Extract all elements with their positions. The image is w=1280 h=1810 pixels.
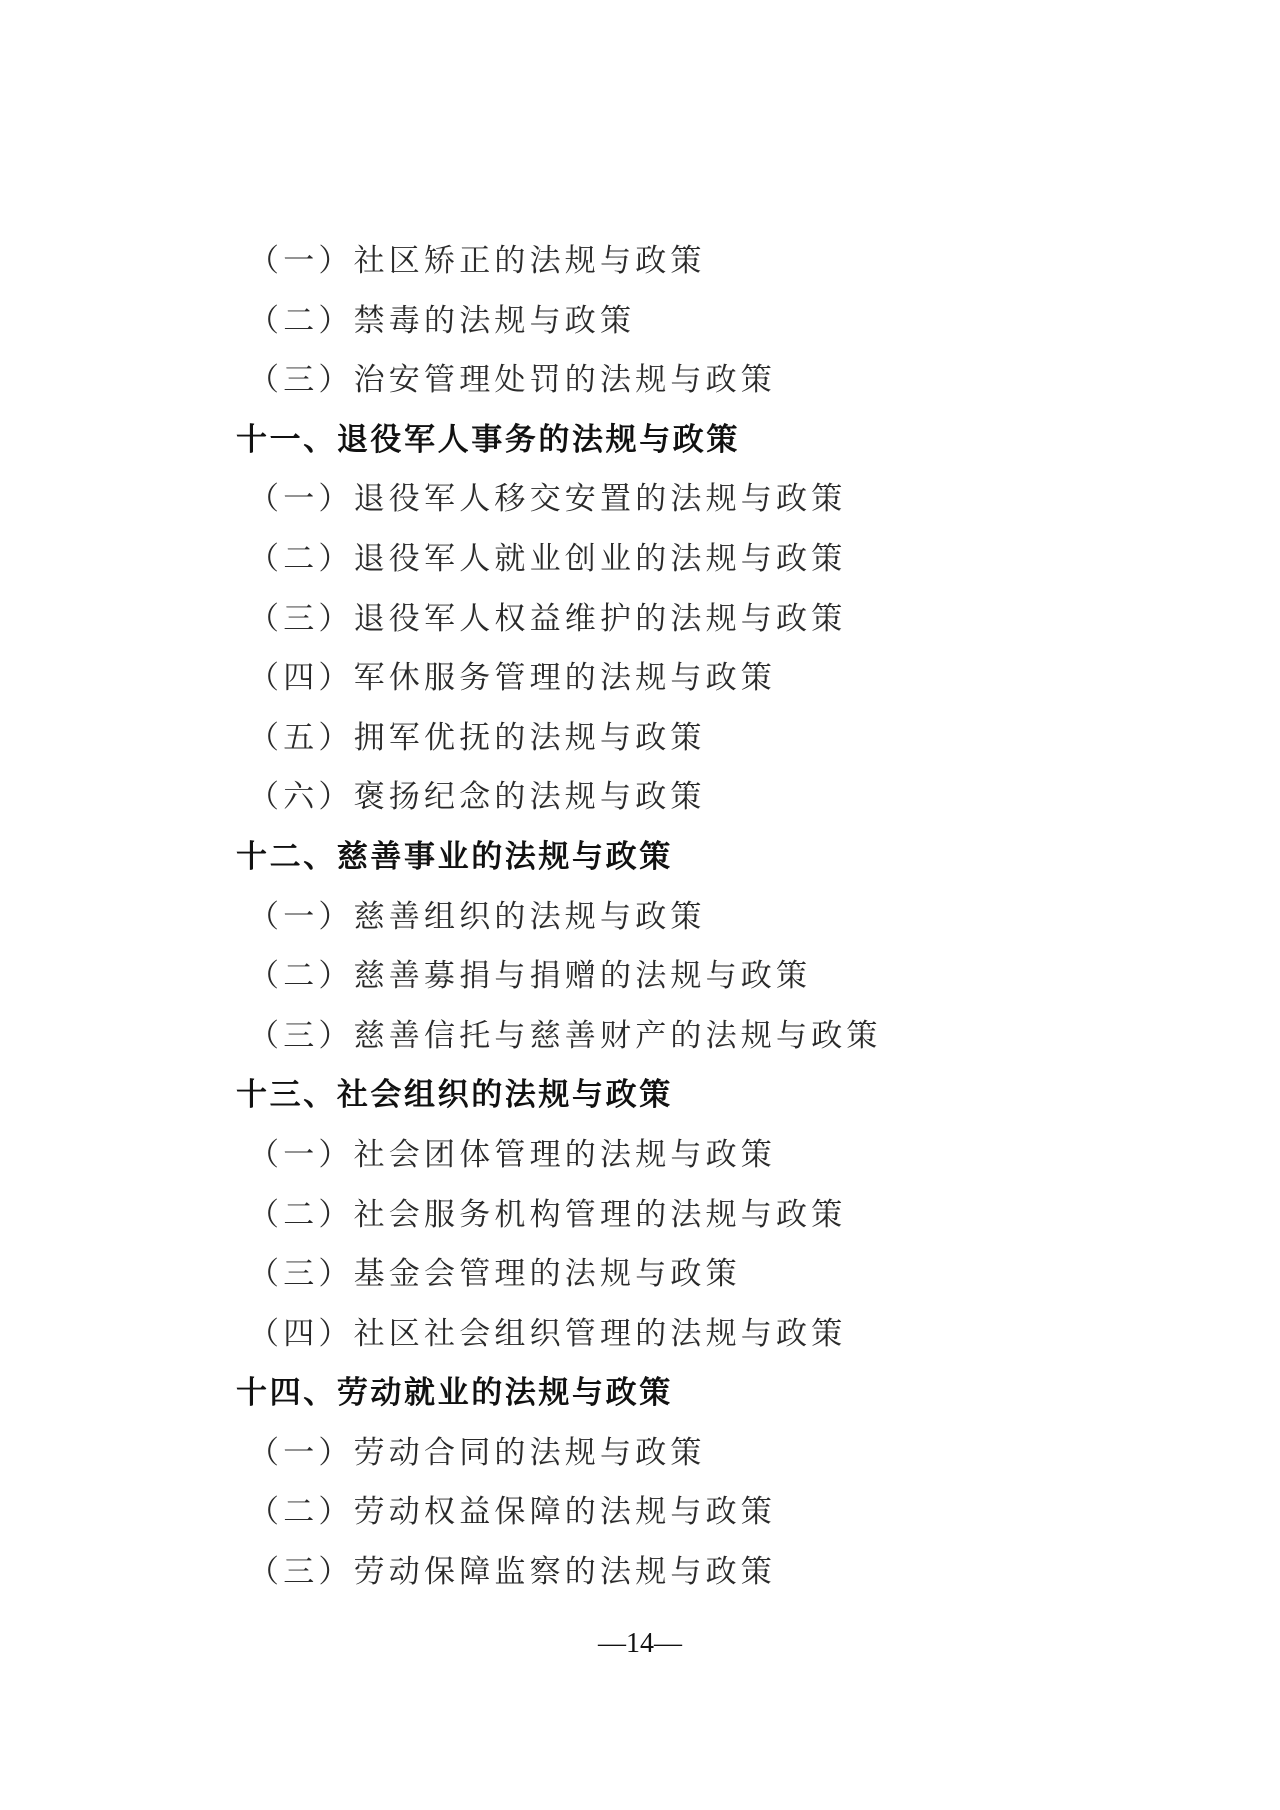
outline-item: （四）军休服务管理的法规与政策 <box>0 649 1280 709</box>
item-number: （六） <box>248 768 354 828</box>
item-text: 退役军人权益维护的法规与政策 <box>354 601 847 637</box>
item-number: （二） <box>248 1186 354 1246</box>
outline-item: （一）退役军人移交安置的法规与政策 <box>0 470 1280 530</box>
heading-number: 十三、 <box>236 1066 337 1126</box>
outline-item: （三）劳动保障监察的法规与政策 <box>0 1543 1280 1603</box>
item-number: （三） <box>248 1543 354 1603</box>
outline-item: （一）慈善组织的法规与政策 <box>0 888 1280 948</box>
outline-item: （二）劳动权益保障的法规与政策 <box>0 1483 1280 1543</box>
item-text: 军休服务管理的法规与政策 <box>354 660 776 696</box>
item-number: （四） <box>248 1305 354 1365</box>
item-text: 退役军人就业创业的法规与政策 <box>354 541 847 577</box>
section-heading-social-organizations: 十三、社会组织的法规与政策 <box>0 1066 1280 1126</box>
section-heading-labor-employment: 十四、劳动就业的法规与政策 <box>0 1364 1280 1424</box>
item-number: （二） <box>248 292 354 352</box>
item-text: 社区社会组织管理的法规与政策 <box>354 1316 847 1352</box>
item-number: （三） <box>248 590 354 650</box>
outline-item: （二）退役军人就业创业的法规与政策 <box>0 530 1280 590</box>
item-number: （三） <box>248 351 354 411</box>
outline-item-drug-control: （二）禁毒的法规与政策 <box>0 292 1280 352</box>
item-number: （一） <box>248 232 354 292</box>
item-number: （一） <box>248 1126 354 1186</box>
outline-item-community-correction: （一）社区矫正的法规与政策 <box>0 232 1280 292</box>
item-number: （五） <box>248 709 354 769</box>
item-text: 慈善组织的法规与政策 <box>354 899 706 935</box>
outline-item: （一）劳动合同的法规与政策 <box>0 1424 1280 1484</box>
outline-item: （二）慈善募捐与捐赠的法规与政策 <box>0 947 1280 1007</box>
item-text: 慈善信托与慈善财产的法规与政策 <box>354 1018 882 1054</box>
outline-item: （六）褒扬纪念的法规与政策 <box>0 768 1280 828</box>
heading-number: 十四、 <box>236 1364 337 1424</box>
heading-number: 十二、 <box>236 828 337 888</box>
item-number: （二） <box>248 1483 354 1543</box>
item-text: 社会团体管理的法规与政策 <box>354 1137 776 1173</box>
item-text: 治安管理处罚的法规与政策 <box>354 362 776 398</box>
outline-list: （一）社区矫正的法规与政策 （二）禁毒的法规与政策 （三）治安管理处罚的法规与政… <box>0 232 1280 1603</box>
item-text: 褒扬纪念的法规与政策 <box>354 779 706 815</box>
outline-item: （一）社会团体管理的法规与政策 <box>0 1126 1280 1186</box>
outline-item: （二）社会服务机构管理的法规与政策 <box>0 1186 1280 1246</box>
heading-number: 十一、 <box>236 411 337 471</box>
item-text: 拥军优抚的法规与政策 <box>354 720 706 756</box>
heading-text: 社会组织的法规与政策 <box>337 1077 673 1113</box>
item-number: （一） <box>248 470 354 530</box>
item-number: （二） <box>248 947 354 1007</box>
item-text: 劳动合同的法规与政策 <box>354 1435 706 1471</box>
item-number: （二） <box>248 530 354 590</box>
section-heading-veterans: 十一、退役军人事务的法规与政策 <box>0 411 1280 471</box>
item-text: 基金会管理的法规与政策 <box>354 1256 741 1292</box>
outline-item: （五）拥军优抚的法规与政策 <box>0 709 1280 769</box>
item-text: 退役军人移交安置的法规与政策 <box>354 481 847 517</box>
item-number: （三） <box>248 1245 354 1305</box>
item-text: 社会服务机构管理的法规与政策 <box>354 1197 847 1233</box>
item-number: （四） <box>248 649 354 709</box>
heading-text: 退役军人事务的法规与政策 <box>337 422 740 458</box>
item-text: 劳动保障监察的法规与政策 <box>354 1554 776 1590</box>
item-number: （三） <box>248 1007 354 1067</box>
item-text: 劳动权益保障的法规与政策 <box>354 1494 776 1530</box>
page-number: —14— <box>0 1628 1280 1660</box>
item-text: 社区矫正的法规与政策 <box>354 243 706 279</box>
heading-text: 劳动就业的法规与政策 <box>337 1375 673 1411</box>
outline-item-public-security: （三）治安管理处罚的法规与政策 <box>0 351 1280 411</box>
item-number: （一） <box>248 888 354 948</box>
outline-item: （四）社区社会组织管理的法规与政策 <box>0 1305 1280 1365</box>
outline-item: （三）基金会管理的法规与政策 <box>0 1245 1280 1305</box>
outline-item: （三）退役军人权益维护的法规与政策 <box>0 590 1280 650</box>
section-heading-charity: 十二、慈善事业的法规与政策 <box>0 828 1280 888</box>
heading-text: 慈善事业的法规与政策 <box>337 839 673 875</box>
item-number: （一） <box>248 1424 354 1484</box>
document-page: （一）社区矫正的法规与政策 （二）禁毒的法规与政策 （三）治安管理处罚的法规与政… <box>0 0 1280 1810</box>
outline-item: （三）慈善信托与慈善财产的法规与政策 <box>0 1007 1280 1067</box>
item-text: 慈善募捐与捐赠的法规与政策 <box>354 958 812 994</box>
item-text: 禁毒的法规与政策 <box>354 303 636 339</box>
